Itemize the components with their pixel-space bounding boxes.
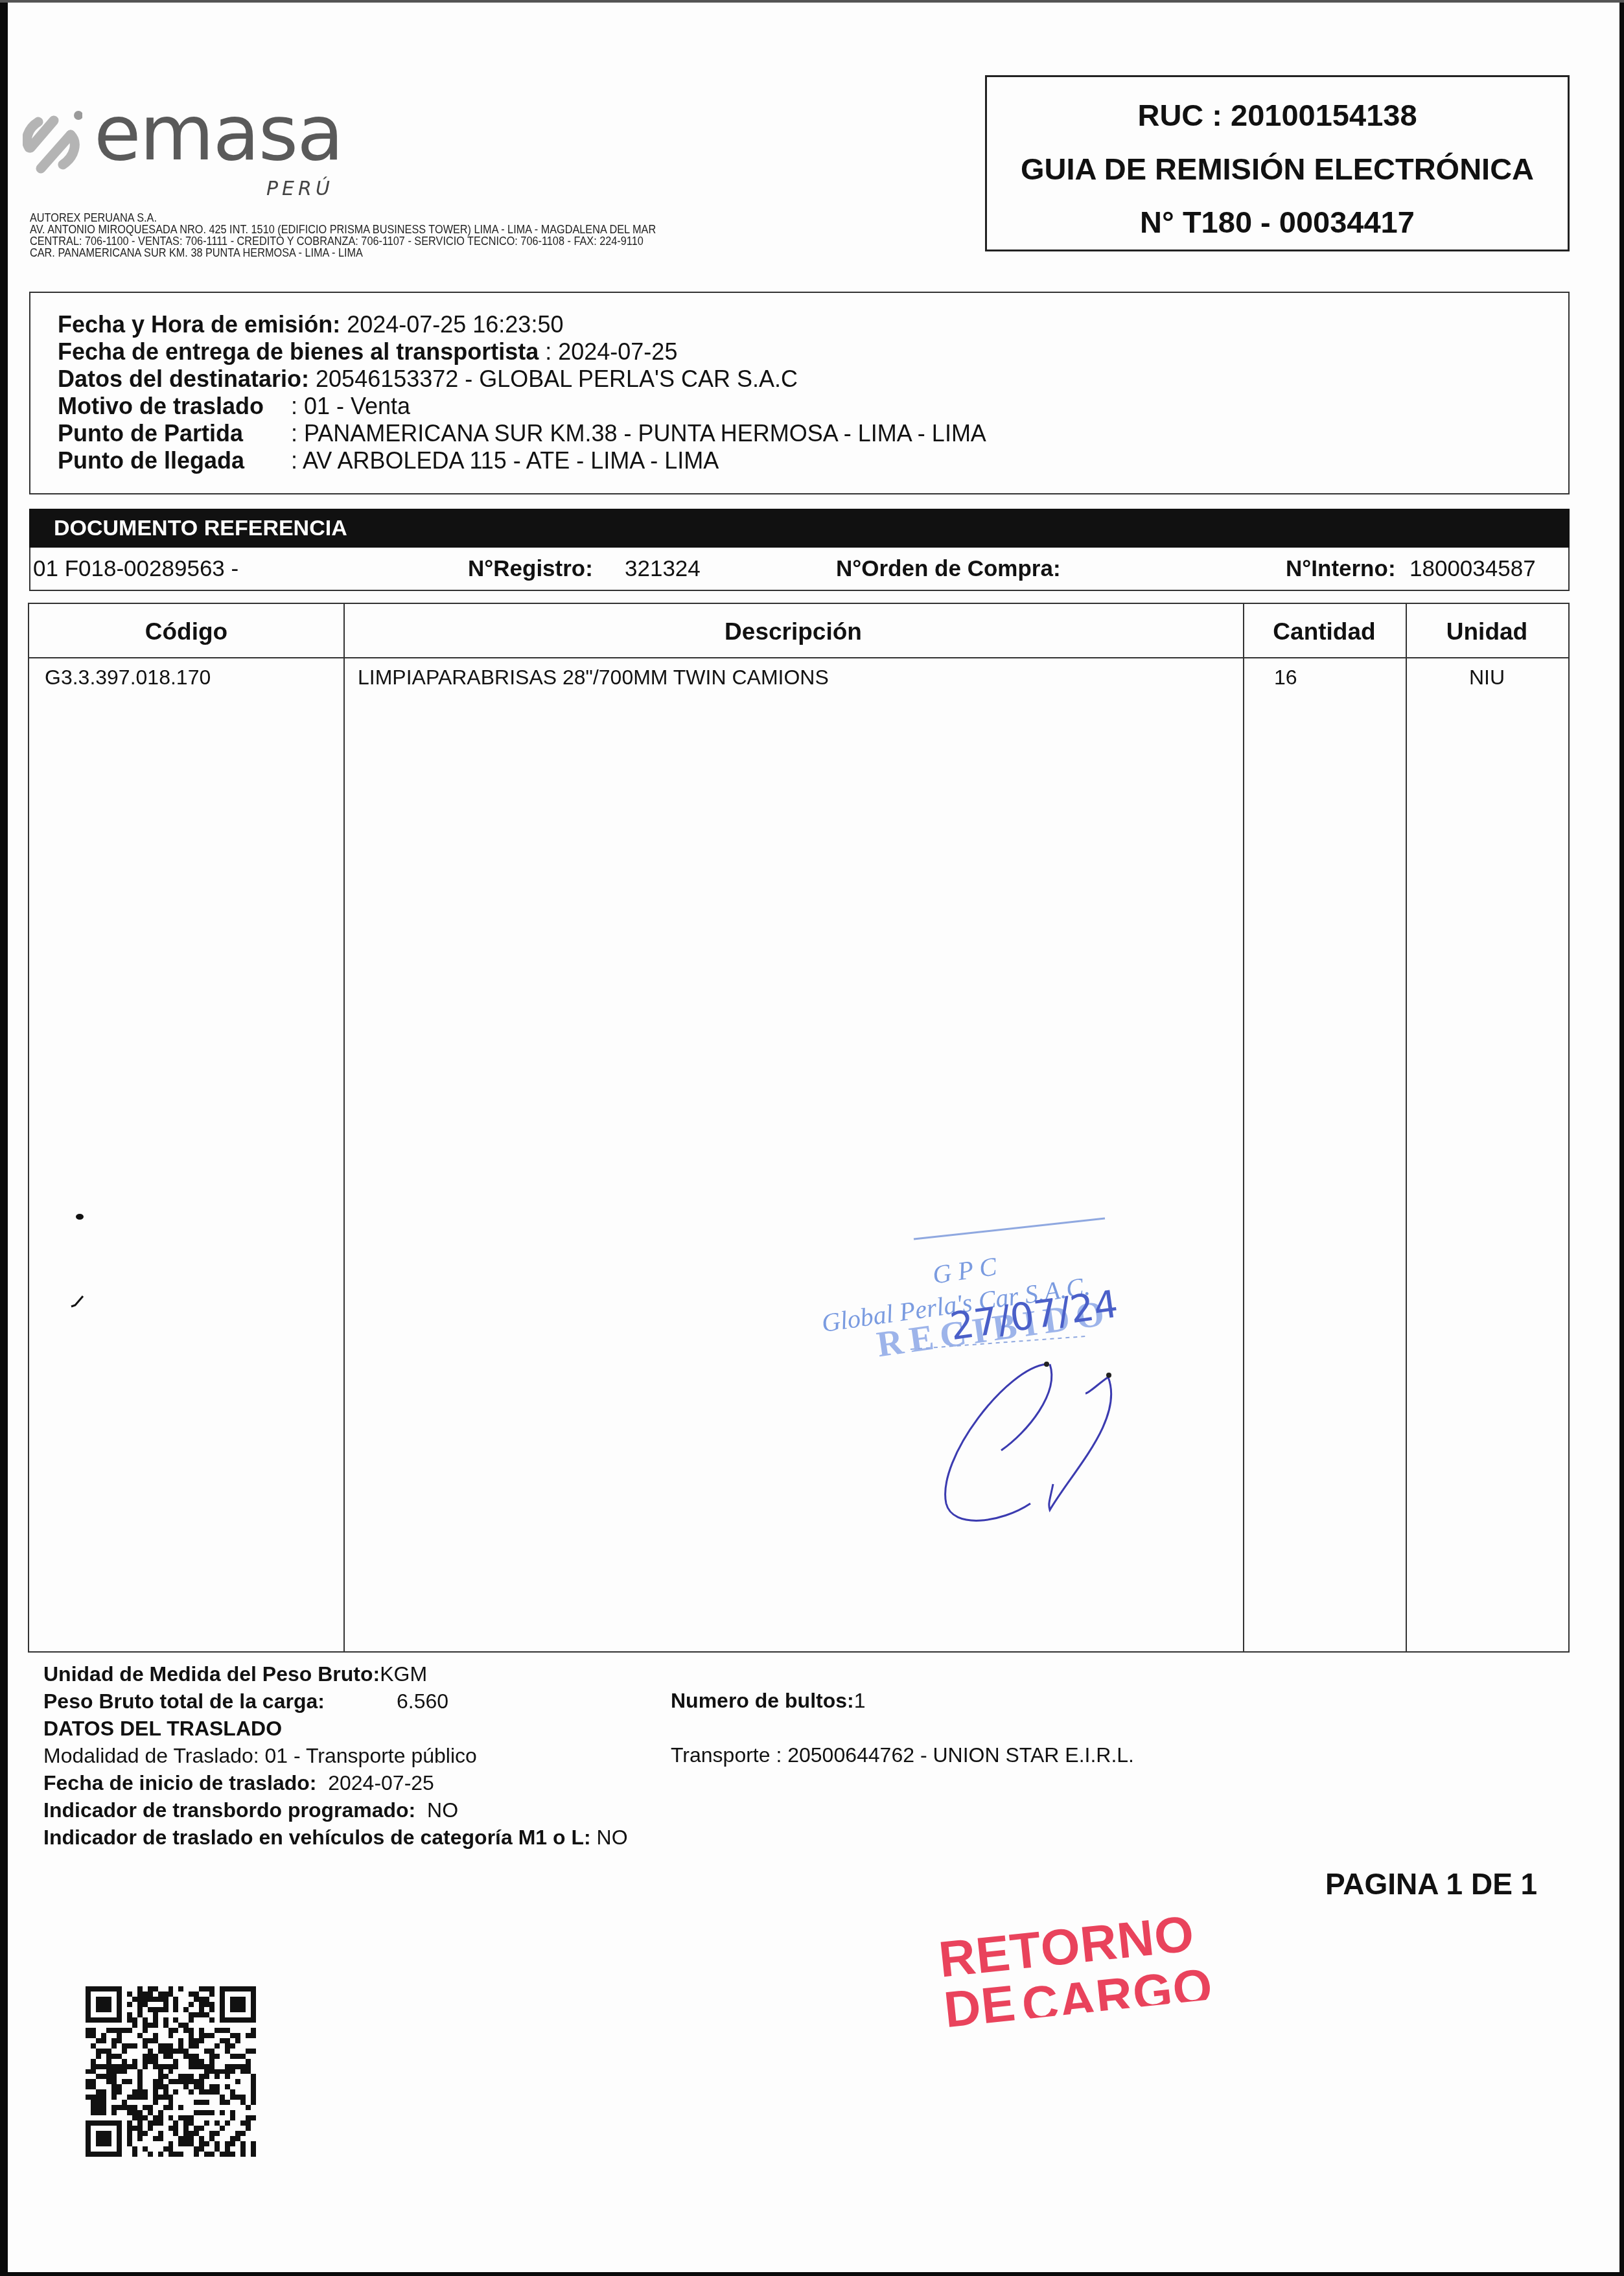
start-date-label: Fecha de inicio de traslado: (43, 1771, 316, 1794)
recipient-label: Datos del destinatario: (58, 366, 309, 393)
item-unidad: NIU (1406, 666, 1568, 690)
reference-document: 01 F018-00289563 - (33, 548, 238, 590)
registro-value: 321324 (625, 548, 701, 590)
transshipment-label: Indicador de transbordo programado: (43, 1798, 415, 1822)
delivery-date-row: Fecha de entrega de bienes al transporti… (58, 338, 986, 366)
m1-vehicle-value: NO (591, 1826, 628, 1849)
destination-value: : AV ARBOLEDA 115 - ATE - LIMA - LIMA (291, 447, 719, 474)
column-header-unidad: Unidad (1406, 618, 1568, 645)
origin-label: Punto de Partida (58, 420, 291, 447)
recipient-row: Datos del destinatario: 20546153372 - GL… (58, 366, 986, 393)
signature (945, 1364, 1111, 1520)
gross-weight-value: 6.560 (397, 1690, 448, 1713)
stamp-graphic: G P C Global Perla's Car S.A.C. RECIBIDO… (813, 1199, 1228, 1536)
document-header-box: RUC : 20100154138 GUIA DE REMISIÓN ELECT… (985, 75, 1570, 251)
pen-mark (76, 1214, 84, 1220)
m1-vehicle-row: Indicador de traslado en vehículos de ca… (43, 1824, 628, 1851)
packages-value: 1 (854, 1689, 866, 1712)
internal-number-value: 1800034587 (1409, 548, 1536, 590)
column-divider (343, 604, 345, 1651)
reason-label: Motivo de traslado (58, 393, 291, 420)
m1-vehicle-label: Indicador de traslado en vehículos de ca… (43, 1826, 591, 1849)
column-header-descripcion: Descripción (343, 618, 1243, 645)
document-title: GUIA DE REMISIÓN ELECTRÓNICA (987, 154, 1568, 184)
brand-name: emasa (94, 95, 343, 171)
brand-country: PERÚ (266, 178, 334, 200)
weight-unit-value: KGM (380, 1662, 427, 1686)
destination-label: Punto de llegada (58, 447, 291, 474)
reference-row: 01 F018-00289563 - N°Registro: 321324 N°… (29, 548, 1570, 591)
emission-label: Fecha y Hora de emisión: (58, 311, 340, 338)
column-header-codigo: Código (29, 618, 343, 645)
transfer-mode-row: Modalidad de Traslado: 01 - Transporte p… (43, 1742, 628, 1769)
reason-value: : 01 - Venta (291, 393, 410, 420)
origin-row: Punto de Partida : PANAMERICANA SUR KM.3… (58, 420, 986, 447)
gross-weight-label: Peso Bruto total de la carga: (43, 1688, 397, 1715)
cargo-return-stamp: RETORNO DE CARGO (936, 1899, 1284, 2050)
item-descripcion: LIMPIAPARABRISAS 28"/700MM TWIN CAMIONS (358, 666, 829, 690)
transshipment-row: Indicador de transbordo programado: NO (43, 1796, 628, 1824)
scan-edge-bottom (0, 2272, 1624, 2276)
carrier-label: Transporte : (671, 1743, 782, 1767)
item-cantidad: 16 (1274, 666, 1297, 690)
svg-text:G P C: G P C (931, 1251, 999, 1290)
transfer-mode-value: 01 - Transporte público (259, 1744, 477, 1767)
internal-number-label: N°Interno: (1286, 548, 1396, 590)
header-divider (29, 657, 1568, 658)
document-number: N° T180 - 00034417 (987, 207, 1568, 237)
reference-header: DOCUMENTO REFERENCIA (29, 509, 1570, 548)
start-date-row: Fecha de inicio de traslado: 2024-07-25 (43, 1769, 628, 1796)
company-legal-name: AUTOREX PERUANA S.A. (30, 212, 656, 224)
company-logo: emasa PERÚ (23, 104, 334, 201)
transfer-section-title: DATOS DEL TRASLADO (43, 1715, 628, 1742)
scan-edge-right (1619, 0, 1624, 2276)
emasa-logo-icon (23, 109, 82, 175)
reason-row: Motivo de traslado : 01 - Venta (58, 393, 986, 420)
purchase-order-label: N°Orden de Compra: (836, 548, 1061, 590)
column-divider (1406, 604, 1407, 1651)
cargo-stamp-line1: RETORNO DE (936, 1899, 1282, 2036)
items-table: Código Descripción Cantidad Unidad G3.3.… (28, 603, 1570, 1653)
start-date-value: 2024-07-25 (316, 1771, 434, 1794)
destination-row: Punto de llegada : AV ARBOLEDA 115 - ATE… (58, 447, 986, 474)
delivery-value: : 2024-07-25 (539, 338, 677, 366)
column-divider (1243, 604, 1244, 1651)
origin-value: : PANAMERICANA SUR KM.38 - PUNTA HERMOSA… (291, 420, 986, 447)
recipient-value: 20546153372 - GLOBAL PERLA'S CAR S.A.C (309, 366, 798, 393)
page-number: PAGINA 1 DE 1 (1325, 1866, 1537, 1901)
item-codigo: G3.3.397.018.170 (45, 666, 211, 690)
gross-weight-row: Peso Bruto total de la carga:6.560 (43, 1688, 628, 1715)
registro-label: N°Registro: (468, 548, 593, 590)
reception-stamp: G P C Global Perla's Car S.A.C. RECIBIDO… (813, 1199, 1228, 1536)
column-header-cantidad: Cantidad (1243, 618, 1406, 645)
emission-datetime-row: Fecha y Hora de emisión: 2024-07-25 16:2… (58, 311, 986, 338)
transfer-mode-label: Modalidad de Traslado: (43, 1744, 259, 1767)
weight-unit-row: Unidad de Medida del Peso Bruto:KGM (43, 1660, 628, 1688)
scan-edge-top (0, 0, 1624, 3)
delivery-label: Fecha de entrega de bienes al transporti… (58, 338, 539, 366)
company-phones: CENTRAL: 706-1100 - VENTAS: 706-1111 - C… (30, 235, 656, 247)
packages-label: Numero de bultos: (671, 1689, 854, 1712)
carrier-value: 20500644762 - UNION STAR E.I.R.L. (782, 1743, 1134, 1767)
packages-row: Numero de bultos:1 (671, 1689, 865, 1713)
company-address: AV. ANTONIO MIROQUESADA NRO. 425 INT. 15… (30, 224, 656, 235)
ruc-number: RUC : 20100154138 (987, 100, 1568, 130)
scan-edge-left (0, 0, 8, 2276)
emission-value: 2024-07-25 16:23:50 (340, 311, 563, 338)
qr-code (86, 1986, 256, 2157)
transshipment-value: NO (415, 1798, 458, 1822)
carrier-row: Transporte : 20500644762 - UNION STAR E.… (671, 1743, 1134, 1767)
company-branch: CAR. PANAMERICANA SUR KM. 38 PUNTA HERMO… (30, 247, 656, 259)
transport-details: Unidad de Medida del Peso Bruto:KGM Peso… (43, 1660, 628, 1851)
weight-unit-label: Unidad de Medida del Peso Bruto: (43, 1662, 380, 1686)
check-mark-icon (70, 1295, 86, 1309)
shipment-info-box: Fecha y Hora de emisión: 2024-07-25 16:2… (29, 292, 1570, 494)
company-info: AUTOREX PERUANA S.A. AV. ANTONIO MIROQUE… (30, 212, 656, 259)
